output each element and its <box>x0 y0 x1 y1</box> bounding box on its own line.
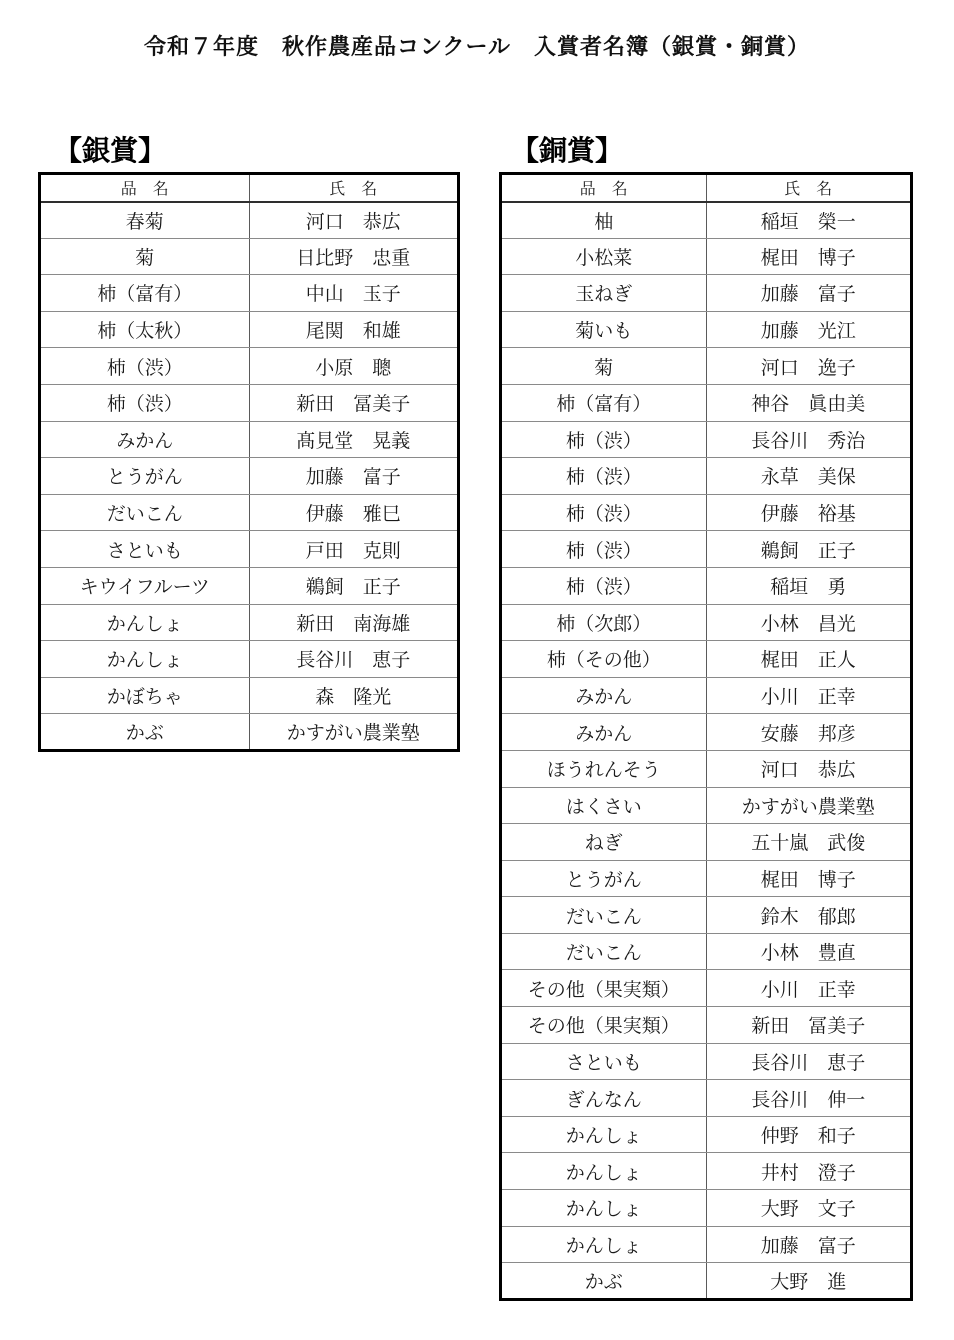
product-cell: かんしょ <box>501 1153 707 1190</box>
table-row: かんしょ大野 文子 <box>501 1190 912 1227</box>
product-cell: みかん <box>40 421 250 458</box>
table-row: だいこん小林 豊直 <box>501 933 912 970</box>
table-row: かんしょ長谷川 恵子 <box>40 641 459 678</box>
person-name-cell: 永草 美保 <box>706 458 912 495</box>
table-row: みかん小川 正幸 <box>501 677 912 714</box>
person-name-cell: 尾関 和雄 <box>249 311 459 348</box>
table-row: かんしょ仲野 和子 <box>501 1116 912 1153</box>
product-cell: だいこん <box>501 897 707 934</box>
person-name-cell: 鵜飼 正子 <box>249 567 459 604</box>
table-row: 菊河口 逸子 <box>501 348 912 385</box>
person-name-cell: 小川 正幸 <box>706 970 912 1007</box>
person-name-cell: 大野 進 <box>706 1263 912 1300</box>
table-row: 玉ねぎ加藤 富子 <box>501 275 912 312</box>
person-name-cell: 小川 正幸 <box>706 677 912 714</box>
product-cell: 菊 <box>501 348 707 385</box>
product-cell: ねぎ <box>501 824 707 861</box>
person-name-cell: 神谷 眞由美 <box>706 384 912 421</box>
bronze-prize-heading: 【銅賞】 <box>511 136 623 167</box>
table-row: 柚稲垣 榮一 <box>501 202 912 239</box>
table-row: 柿（富有）中山 玉子 <box>40 275 459 312</box>
person-name-cell: 梶田 正人 <box>706 641 912 678</box>
person-name-cell: 長谷川 秀治 <box>706 421 912 458</box>
table-row: 柿（次郎）小林 昌光 <box>501 604 912 641</box>
table-row: 柿（太秋）尾関 和雄 <box>40 311 459 348</box>
table-row: 柿（渋）伊藤 裕基 <box>501 494 912 531</box>
table-row: みかん髙見堂 晃義 <box>40 421 459 458</box>
person-name-cell: 髙見堂 晃義 <box>249 421 459 458</box>
person-name-cell: 長谷川 恵子 <box>249 641 459 678</box>
person-name-cell: 加藤 富子 <box>706 275 912 312</box>
person-name-cell: 長谷川 伸一 <box>706 1080 912 1117</box>
name-column-header: 氏 名 <box>249 174 459 202</box>
table-row: 菊いも加藤 光江 <box>501 311 912 348</box>
person-name-cell: 河口 逸子 <box>706 348 912 385</box>
product-cell: かぶ <box>501 1263 707 1300</box>
product-cell: 菊 <box>40 238 250 275</box>
product-cell: 柚 <box>501 202 707 239</box>
bronze-table-header: 品 名 氏 名 <box>501 174 912 202</box>
table-row: 柿（その他）梶田 正人 <box>501 641 912 678</box>
product-cell: かんしょ <box>40 604 250 641</box>
product-cell: さといも <box>40 531 250 568</box>
table-row: 小松菜梶田 博子 <box>501 238 912 275</box>
person-name-cell: 梶田 博子 <box>706 238 912 275</box>
person-name-cell: 稲垣 勇 <box>706 567 912 604</box>
silver-table-body: 春菊河口 恭広菊日比野 忠重柿（富有）中山 玉子柿（太秋）尾関 和雄柿（渋）小原… <box>40 202 459 751</box>
person-name-cell: 小林 昌光 <box>706 604 912 641</box>
silver-prize-table: 品 名 氏 名 春菊河口 恭広菊日比野 忠重柿（富有）中山 玉子柿（太秋）尾関 … <box>38 172 460 752</box>
product-cell: 柿（富有） <box>501 384 707 421</box>
name-column-header: 氏 名 <box>706 174 912 202</box>
person-name-cell: 小原 聰 <box>249 348 459 385</box>
person-name-cell: 新田 南海雄 <box>249 604 459 641</box>
page-title: 令和７年度 秋作農産品コンクール 入賞者名簿（銀賞・銅賞） <box>0 30 954 61</box>
person-name-cell: 伊藤 裕基 <box>706 494 912 531</box>
table-row: 春菊河口 恭広 <box>40 202 459 239</box>
bronze-table-body: 柚稲垣 榮一小松菜梶田 博子玉ねぎ加藤 富子菊いも加藤 光江菊河口 逸子柿（富有… <box>501 202 912 1300</box>
table-row: 柿（渋）永草 美保 <box>501 458 912 495</box>
product-cell: だいこん <box>501 933 707 970</box>
table-row: かんしょ加藤 富子 <box>501 1226 912 1263</box>
table-row: その他（果実類）新田 冨美子 <box>501 1007 912 1044</box>
table-row: 柿（渋）鵜飼 正子 <box>501 531 912 568</box>
product-column-header: 品 名 <box>40 174 250 202</box>
table-row: 菊日比野 忠重 <box>40 238 459 275</box>
table-row: ねぎ五十嵐 武俊 <box>501 824 912 861</box>
table-row: かぶかすがい農業塾 <box>40 714 459 751</box>
product-cell: かぼちゃ <box>40 677 250 714</box>
product-cell: かんしょ <box>501 1226 707 1263</box>
person-name-cell: 梶田 博子 <box>706 860 912 897</box>
product-cell: 柿（渋） <box>501 531 707 568</box>
table-row: さといも戸田 克則 <box>40 531 459 568</box>
table-row: だいこん鈴木 郁郎 <box>501 897 912 934</box>
table-row: さといも長谷川 恵子 <box>501 1043 912 1080</box>
product-cell: かんしょ <box>501 1190 707 1227</box>
person-name-cell: 加藤 光江 <box>706 311 912 348</box>
table-row: 柿（富有）神谷 眞由美 <box>501 384 912 421</box>
person-name-cell: 鵜飼 正子 <box>706 531 912 568</box>
table-row: だいこん伊藤 雅巳 <box>40 494 459 531</box>
person-name-cell: 鈴木 郁郎 <box>706 897 912 934</box>
person-name-cell: かすがい農業塾 <box>706 787 912 824</box>
table-row: かぶ大野 進 <box>501 1263 912 1300</box>
product-cell: 柿（次郎） <box>501 604 707 641</box>
table-row: はくさいかすがい農業塾 <box>501 787 912 824</box>
product-cell: 柿（太秋） <box>40 311 250 348</box>
table-row: 柿（渋）稲垣 勇 <box>501 567 912 604</box>
person-name-cell: 稲垣 榮一 <box>706 202 912 239</box>
person-name-cell: 小林 豊直 <box>706 933 912 970</box>
silver-table-header: 品 名 氏 名 <box>40 174 459 202</box>
person-name-cell: 森 隆光 <box>249 677 459 714</box>
person-name-cell: 大野 文子 <box>706 1190 912 1227</box>
table-row: その他（果実類）小川 正幸 <box>501 970 912 1007</box>
person-name-cell: 伊藤 雅巳 <box>249 494 459 531</box>
product-cell: 柿（渋） <box>40 348 250 385</box>
person-name-cell: 五十嵐 武俊 <box>706 824 912 861</box>
table-row: キウイフルーツ鵜飼 正子 <box>40 567 459 604</box>
product-cell: 柿（渋） <box>501 567 707 604</box>
person-name-cell: 戸田 克則 <box>249 531 459 568</box>
person-name-cell: 中山 玉子 <box>249 275 459 312</box>
person-name-cell: 加藤 富子 <box>249 458 459 495</box>
product-cell: とうがん <box>501 860 707 897</box>
product-cell: 春菊 <box>40 202 250 239</box>
person-name-cell: 新田 冨美子 <box>249 384 459 421</box>
product-cell: みかん <box>501 714 707 751</box>
table-row: 柿（渋）長谷川 秀治 <box>501 421 912 458</box>
table-row: かんしょ新田 南海雄 <box>40 604 459 641</box>
product-cell: 柿（その他） <box>501 641 707 678</box>
header-row: 品 名 氏 名 <box>501 174 912 202</box>
product-cell: 柿（渋） <box>501 494 707 531</box>
product-cell: ぎんなん <box>501 1080 707 1117</box>
table-row: ぎんなん長谷川 伸一 <box>501 1080 912 1117</box>
product-cell: だいこん <box>40 494 250 531</box>
person-name-cell: 河口 恭広 <box>706 750 912 787</box>
product-column-header: 品 名 <box>501 174 707 202</box>
person-name-cell: 新田 冨美子 <box>706 1007 912 1044</box>
table-row: 柿（渋）小原 聰 <box>40 348 459 385</box>
person-name-cell: 日比野 忠重 <box>249 238 459 275</box>
product-cell: さといも <box>501 1043 707 1080</box>
table-row: とうがん梶田 博子 <box>501 860 912 897</box>
product-cell: 菊いも <box>501 311 707 348</box>
header-row: 品 名 氏 名 <box>40 174 459 202</box>
product-cell: かんしょ <box>40 641 250 678</box>
person-name-cell: 河口 恭広 <box>249 202 459 239</box>
person-name-cell: 長谷川 恵子 <box>706 1043 912 1080</box>
product-cell: ほうれんそう <box>501 750 707 787</box>
person-name-cell: かすがい農業塾 <box>249 714 459 751</box>
person-name-cell: 加藤 富子 <box>706 1226 912 1263</box>
person-name-cell: 仲野 和子 <box>706 1116 912 1153</box>
person-name-cell: 井村 澄子 <box>706 1153 912 1190</box>
table-row: ほうれんそう河口 恭広 <box>501 750 912 787</box>
table-row: 柿（渋）新田 冨美子 <box>40 384 459 421</box>
product-cell: 柿（渋） <box>501 421 707 458</box>
product-cell: 玉ねぎ <box>501 275 707 312</box>
table-row: とうがん加藤 富子 <box>40 458 459 495</box>
product-cell: かんしょ <box>501 1116 707 1153</box>
product-cell: とうがん <box>40 458 250 495</box>
product-cell: はくさい <box>501 787 707 824</box>
product-cell: かぶ <box>40 714 250 751</box>
product-cell: その他（果実類） <box>501 1007 707 1044</box>
product-cell: みかん <box>501 677 707 714</box>
table-row: かぼちゃ森 隆光 <box>40 677 459 714</box>
product-cell: その他（果実類） <box>501 970 707 1007</box>
product-cell: 柿（富有） <box>40 275 250 312</box>
product-cell: 柿（渋） <box>40 384 250 421</box>
bronze-prize-table: 品 名 氏 名 柚稲垣 榮一小松菜梶田 博子玉ねぎ加藤 富子菊いも加藤 光江菊河… <box>499 172 913 1301</box>
silver-prize-heading: 【銀賞】 <box>54 136 166 167</box>
product-cell: 小松菜 <box>501 238 707 275</box>
table-row: みかん安藤 邦彦 <box>501 714 912 751</box>
product-cell: 柿（渋） <box>501 458 707 495</box>
table-row: かんしょ井村 澄子 <box>501 1153 912 1190</box>
product-cell: キウイフルーツ <box>40 567 250 604</box>
person-name-cell: 安藤 邦彦 <box>706 714 912 751</box>
